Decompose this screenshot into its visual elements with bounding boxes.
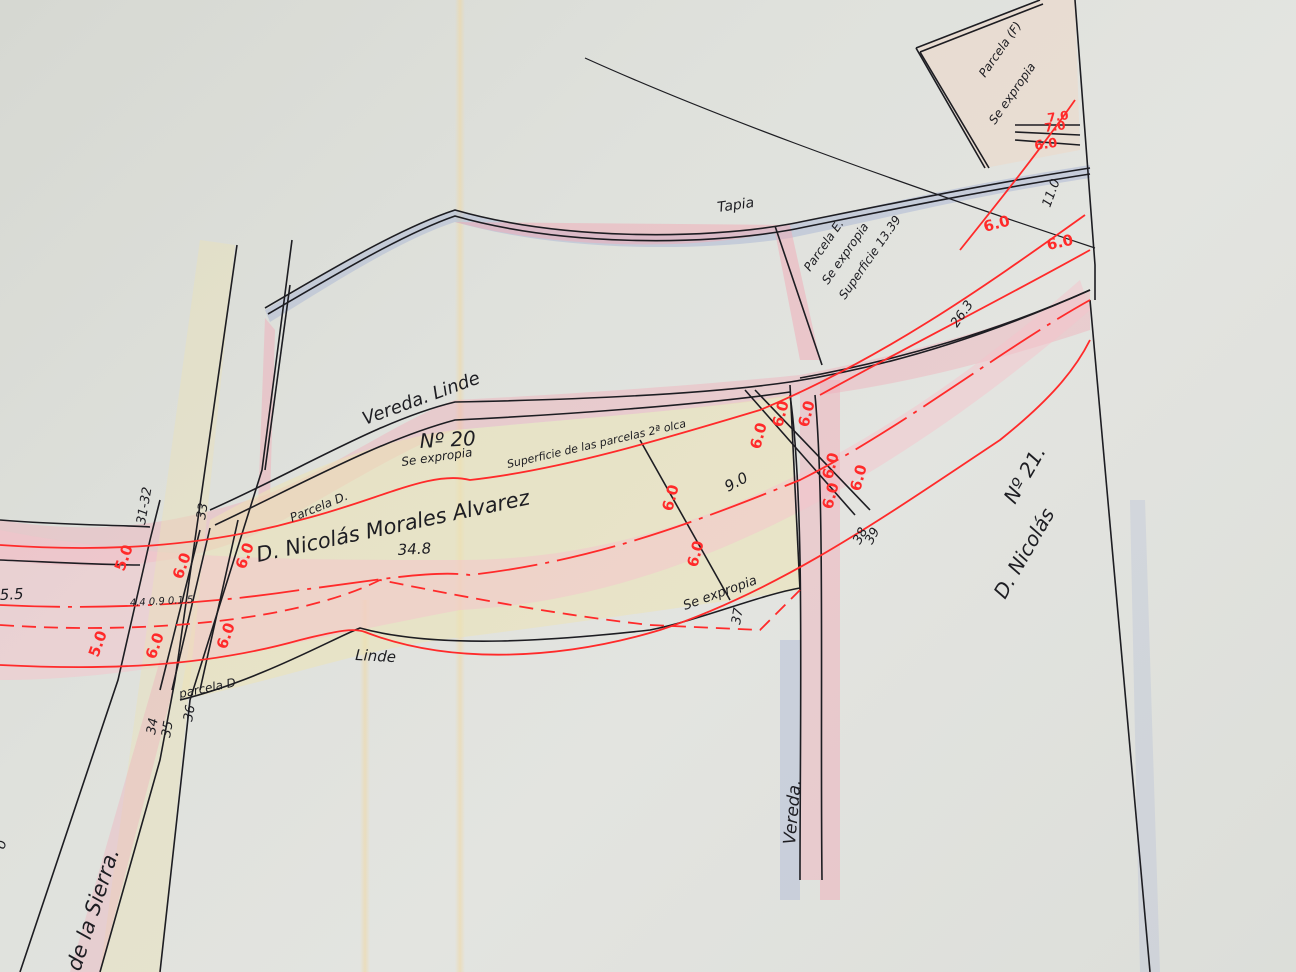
label-tapia: Tapia <box>716 195 755 216</box>
label-left-fragment: ó <box>0 838 11 852</box>
label-owner-n21: D. Nicolás <box>989 504 1060 603</box>
color-washes <box>0 0 1160 972</box>
distance-34-8: 34.8 <box>397 539 431 559</box>
distance-5-5: 5.5 <box>0 585 24 604</box>
map-drawing: Tapia Vereda. Linde Nº 20 Parcela D. Se … <box>0 0 1296 972</box>
station-33: 33 <box>194 502 212 521</box>
station-31-32: 31-32 <box>134 486 155 526</box>
map-sheet: Tapia Vereda. Linde Nº 20 Parcela D. Se … <box>0 0 1296 972</box>
width-label: 6.0 <box>981 212 1011 236</box>
width-label: 7.0 <box>1043 118 1066 135</box>
station-36: 36 <box>181 704 199 723</box>
width-label: 6.0 <box>1045 231 1075 254</box>
station-35: 35 <box>159 720 177 739</box>
label-linde-bottom: Linde <box>355 646 397 666</box>
width-label: 6.0 <box>1033 136 1058 154</box>
station-37: 37 <box>729 606 747 626</box>
label-parcel-number-21: Nº 21. <box>999 441 1051 507</box>
